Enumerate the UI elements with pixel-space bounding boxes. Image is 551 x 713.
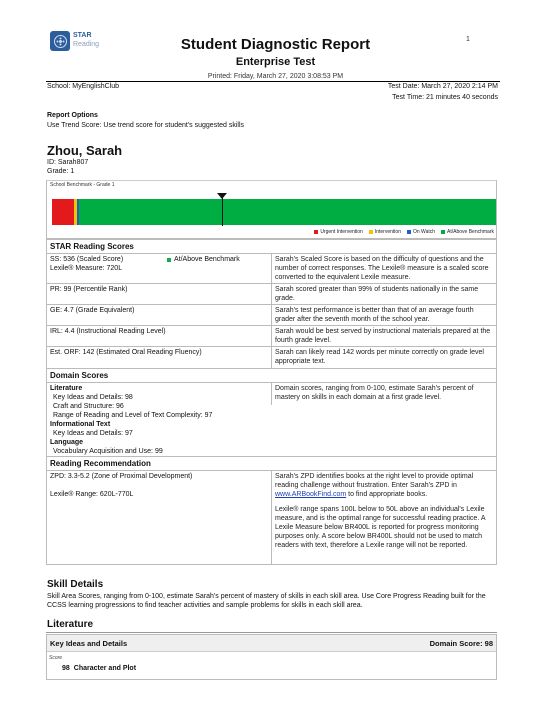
scaled-score-description: Sarah's Scaled Score is based on the dif… bbox=[271, 254, 496, 283]
table-row: SS: 536 (Scaled Score) Lexile® Measure: … bbox=[47, 254, 496, 284]
legend-swatch-icon bbox=[441, 230, 445, 234]
skill-details-text: Skill Area Scores, ranging from 0-100, e… bbox=[47, 592, 507, 610]
table-row: PR: 99 (Percentile Rank) Sarah scored gr… bbox=[47, 284, 496, 305]
skill-row: 98Character and Plot bbox=[62, 665, 140, 672]
report-subtitle: Enterprise Test bbox=[0, 56, 551, 68]
green-square-icon bbox=[167, 258, 171, 262]
table-row: IRL: 4.4 (Instructional Reading Level) S… bbox=[47, 326, 496, 347]
header-divider bbox=[46, 81, 500, 82]
domain-scores-heading: Domain Scores bbox=[47, 368, 496, 383]
reading-recommendation-heading: Reading Recommendation bbox=[47, 456, 496, 471]
reading-recommendation-row: ZPD: 3.3-5.2 (Zone of Proximal Developme… bbox=[47, 471, 496, 565]
page-number: 1 bbox=[466, 36, 470, 43]
domain-score-item: Key Ideas and Details: 98 bbox=[50, 393, 268, 402]
skill-name: Character and Plot bbox=[74, 665, 136, 672]
domain-group-heading: Informational Text bbox=[50, 420, 268, 429]
table-row: Est. ORF: 142 (Estimated Oral Reading Fl… bbox=[47, 347, 496, 368]
domain-score-item: Range of Reading and Level of Text Compl… bbox=[50, 411, 268, 420]
domain-group-heading: Language bbox=[50, 438, 268, 447]
lexile-range: Lexile® Range: 620L-770L bbox=[50, 490, 268, 499]
test-date: Test Date: March 27, 2020 2:14 PM bbox=[388, 83, 498, 90]
skill-details-heading: Skill Details bbox=[47, 579, 103, 590]
student-name: Zhou, Sarah bbox=[47, 143, 122, 158]
grade-equivalent-description: Sarah's test performance is better than … bbox=[271, 305, 496, 325]
literature-divider bbox=[46, 632, 497, 633]
key-ideas-header: Key Ideas and Details Domain Score: 98 bbox=[47, 635, 496, 652]
star-scores-table: STAR Reading Scores SS: 536 (Scaled Scor… bbox=[46, 239, 497, 565]
legend-item: Intervention bbox=[369, 229, 401, 235]
benchmark-segment-at-above-benchmark bbox=[79, 199, 496, 225]
star-scores-heading: STAR Reading Scores bbox=[47, 239, 496, 254]
benchmark-status-badge: At/Above Benchmark bbox=[167, 255, 240, 264]
orf-description: Sarah can likely read 142 words per minu… bbox=[271, 347, 496, 368]
student-grade: Grade: 1 bbox=[47, 168, 74, 175]
score-marker-triangle-icon bbox=[217, 193, 227, 199]
score-marker-line bbox=[222, 196, 223, 226]
benchmark-bar bbox=[52, 199, 496, 225]
irl-description: Sarah would be best served by instructio… bbox=[271, 326, 496, 346]
zpd-range: ZPD: 3.3-5.2 (Zone of Proximal Developme… bbox=[50, 472, 268, 481]
percentile-rank: PR: 99 (Percentile Rank) bbox=[47, 284, 271, 304]
lexile-measure: Lexile® Measure: 720L bbox=[50, 264, 268, 273]
percentile-rank-description: Sarah scored greater than 99% of student… bbox=[271, 284, 496, 304]
domain-name: Key Ideas and Details bbox=[50, 639, 127, 648]
legend-item: Urgent Intervention bbox=[314, 229, 363, 235]
arbookfind-link[interactable]: www.ARBookFind.com bbox=[275, 491, 346, 498]
domain-scores-description: Domain scores, ranging from 0-100, estim… bbox=[271, 383, 496, 405]
zpd-description: Sarah's ZPD identifies books at the righ… bbox=[275, 472, 493, 499]
table-row: GE: 4.7 (Grade Equivalent) Sarah's test … bbox=[47, 305, 496, 326]
test-time: Test Time: 21 minutes 40 seconds bbox=[392, 94, 498, 101]
domain-score-item: Craft and Structure: 96 bbox=[50, 402, 268, 411]
instructional-reading-level: IRL: 4.4 (Instructional Reading Level) bbox=[47, 326, 271, 346]
domain-score-list: LiteratureKey Ideas and Details: 98Craft… bbox=[47, 383, 271, 456]
student-id: ID: Sarah807 bbox=[47, 159, 88, 166]
school-name: School: MyEnglishClub bbox=[47, 83, 119, 90]
legend-swatch-icon bbox=[407, 230, 411, 234]
printed-date: Printed: Friday, March 27, 2020 3:08:53 … bbox=[0, 73, 551, 80]
legend-item: On Watch bbox=[407, 229, 435, 235]
estimated-orf: Est. ORF: 142 (Estimated Oral Reading Fl… bbox=[47, 347, 271, 368]
legend-swatch-icon bbox=[314, 230, 318, 234]
report-options-heading: Report Options bbox=[47, 112, 98, 119]
report-options-text: Use Trend Score: Use trend score for stu… bbox=[47, 122, 244, 129]
score-column-label: Score bbox=[49, 655, 62, 661]
lexile-range-description: Lexile® range spans 100L below to 50L ab… bbox=[275, 505, 493, 550]
grade-equivalent: GE: 4.7 (Grade Equivalent) bbox=[47, 305, 271, 325]
skill-score: 98 bbox=[62, 665, 70, 672]
domain-scores-row: LiteratureKey Ideas and Details: 98Craft… bbox=[47, 383, 496, 456]
benchmark-segment-urgent-intervention bbox=[52, 199, 74, 225]
domain-score-item: Key Ideas and Details: 97 bbox=[50, 429, 268, 438]
domain-score-item: Vocabulary Acquisition and Use: 99 bbox=[50, 447, 268, 456]
domain-score: Domain Score: 98 bbox=[430, 639, 493, 648]
domain-group-heading: Literature bbox=[50, 384, 268, 393]
benchmark-label: School Benchmark - Grade 1 bbox=[50, 182, 114, 188]
benchmark-legend: Urgent InterventionInterventionOn WatchA… bbox=[314, 229, 494, 235]
legend-swatch-icon bbox=[369, 230, 373, 234]
literature-heading: Literature bbox=[47, 619, 93, 630]
legend-item: At/Above Benchmark bbox=[441, 229, 494, 235]
